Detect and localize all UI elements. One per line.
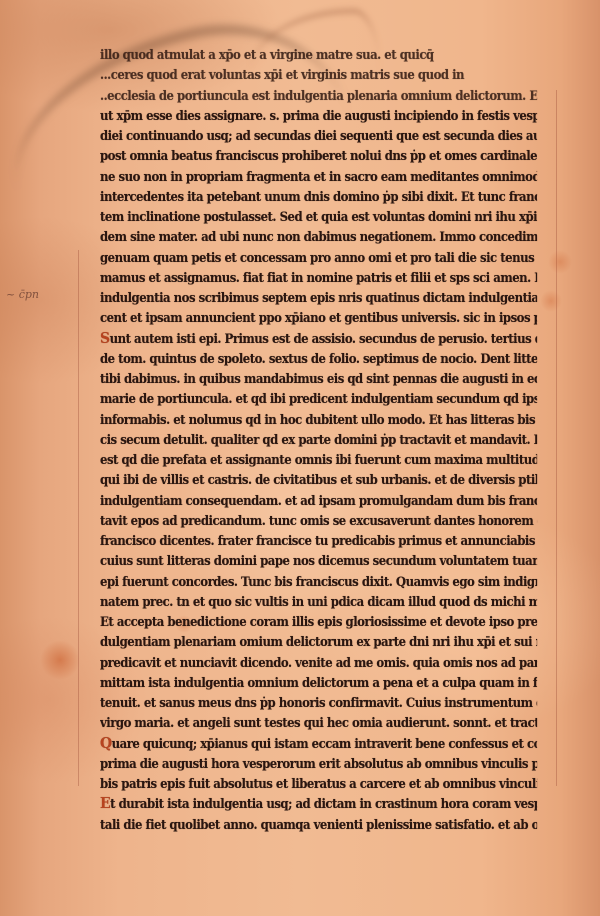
left-ruling-line [78,250,79,786]
line-text: intercedentes ita petebant unum dnis dom… [100,189,537,204]
text-line: post omnia beatus franciscus prohiberet … [100,145,537,165]
manuscript-page: ~ c̄pn illo quod atmulat a xp̄o et a vir… [0,0,600,916]
manuscript-text-column: illo quod atmulat a xp̄o et a virgine ma… [100,44,570,834]
line-text: indulgentia nos scribimus septem epis nr… [100,290,537,305]
rubricated-initial: Q [100,734,112,752]
line-text: francisco dicentes. frater francisce tu … [100,533,537,548]
line-text: informabis. et nolumus qd in hoc dubiten… [100,412,537,427]
marginal-annotation: ~ c̄pn [6,288,39,301]
line-text: Et accepta benedictione coram illis epis… [100,614,537,629]
line-text: tenuit. et sanus meus dns ṗp honoris con… [100,695,537,710]
text-line: indulgentiam consequendam. et ad ipsam p… [100,490,537,510]
line-text: marie de portiuncula. et qd ibi predicen… [100,391,537,406]
line-text: de tom. quintus de spoleto. sextus de fo… [100,351,537,366]
line-text: virgo maria. et angeli sunt testes qui h… [100,715,537,730]
line-text: tem inclinatione postulasset. Sed et qui… [100,209,537,224]
line-text: dulgentiam plenariam omium delictorum ex… [100,634,537,649]
line-text: natem prec. tn et quo sic vultis in uni … [100,594,537,609]
text-line: illo quod atmulat a xp̄o et a virgine ma… [100,44,537,64]
text-line: intercedentes ita petebant unum dnis dom… [100,186,537,206]
text-line: predicavit et nunciavit dicendo. venite … [100,652,537,672]
line-text: diei continuando usq; ad secundas diei s… [100,128,537,143]
text-line: diei continuando usq; ad secundas diei s… [100,125,537,145]
text-line: epi fuerunt concordes. Tunc bis francisc… [100,571,537,591]
line-text: tibi dabimus. in quibus mandabimus eis q… [100,371,537,386]
line-text: illo quod atmulat a xp̄o et a virgine ma… [100,47,434,62]
text-line: francisco dicentes. frater francisce tu … [100,530,537,550]
rubricated-initial: S [100,329,110,347]
text-line: qui ibi de villis et castris. de civitat… [100,469,537,489]
line-text: unt autem isti epi. Primus est de assisi… [110,331,538,346]
text-line: tavit epos ad predicandum. tunc omis se … [100,510,537,530]
text-line: tenuit. et sanus meus dns ṗp honoris con… [100,692,537,712]
text-line: Et accepta benedictione coram illis epis… [100,611,537,631]
text-line: tem inclinatione postulasset. Sed et qui… [100,206,537,226]
text-line: informabis. et nolumus qd in hoc dubiten… [100,409,537,429]
text-line: marie de portiuncula. et qd ibi predicen… [100,388,537,408]
line-text: tali die fiet quolibet anno. quamqa veni… [100,817,537,832]
line-text: cuius sunt litteras domini pape nos dice… [100,553,537,568]
line-text: post omnia beatus franciscus prohiberet … [100,148,537,163]
line-text: dem sine mater. ad ubi nunc non dabimus … [100,229,537,244]
text-line: dulgentiam plenariam omium delictorum ex… [100,631,537,651]
line-text: mamus et assignamus. fiat fiat in nomine… [100,270,537,285]
line-text: cis secum detulit. qualiter qd ex parte … [100,432,537,447]
line-text: bis patris epis fuit absolutus et libera… [100,776,537,791]
line-text: qui ibi de villis et castris. de civitat… [100,472,537,487]
text-line: bis patris epis fuit absolutus et libera… [100,773,537,793]
text-line: Sunt autem isti epi. Primus est de assis… [100,328,537,348]
text-line: indulgentia nos scribimus septem epis nr… [100,287,537,307]
line-text: cent et ipsam annuncient ppo xp̄iano et … [100,310,537,325]
line-text: ne suo non in propriam fragmenta et in s… [100,169,537,184]
line-text: mittam ista indulgentia omnium delictoru… [100,675,537,690]
line-text: indulgentiam consequendam. et ad ipsam p… [100,493,537,508]
line-text: tavit epos ad predicandum. tunc omis se … [100,513,537,528]
text-line: ..ecclesia de portiuncula est indulgenti… [100,85,537,105]
text-line: tali die fiet quolibet anno. quamqa veni… [100,814,537,834]
text-line: cuius sunt litteras domini pape nos dice… [100,550,537,570]
text-line: ...ceres quod erat voluntas xp̄i et virg… [100,64,537,84]
text-line: genuam quam petis et concessam pro anno … [100,247,537,267]
line-text: epi fuerunt concordes. Tunc bis francisc… [100,574,537,589]
text-line: cent et ipsam annuncient ppo xp̄iano et … [100,307,537,327]
text-line: mamus et assignamus. fiat fiat in nomine… [100,267,537,287]
line-text: prima die augusti hora vesperorum erit a… [100,756,537,771]
text-line: prima die augusti hora vesperorum erit a… [100,753,537,773]
line-text: uare quicunq; xp̄ianus qui istam eccam i… [112,736,537,751]
line-text: predicavit et nunciavit dicendo. venite … [100,655,537,670]
foxing-spot [40,640,80,680]
text-line: dem sine mater. ad ubi nunc non dabimus … [100,226,537,246]
text-line: est qd die prefata et assignante omnis i… [100,449,537,469]
text-line: ut xp̄m esse dies assignare. s. prima di… [100,105,537,125]
rubricated-initial: E [100,794,110,812]
text-line: natem prec. tn et quo sic vultis in uni … [100,591,537,611]
text-line: tibi dabimus. in quibus mandabimus eis q… [100,368,537,388]
line-text: est qd die prefata et assignante omnis i… [100,452,537,467]
text-line: Quare quicunq; xp̄ianus qui istam eccam … [100,733,537,753]
text-line: de tom. quintus de spoleto. sextus de fo… [100,348,537,368]
text-line: mittam ista indulgentia omnium delictoru… [100,672,537,692]
text-line: cis secum detulit. qualiter qd ex parte … [100,429,537,449]
line-text: ..ecclesia de portiuncula est indulgenti… [100,88,537,103]
line-text: ...ceres quod erat voluntas xp̄i et virg… [100,67,464,82]
text-line: ne suo non in propriam fragmenta et in s… [100,166,537,186]
text-line: Et durabit ista indulgentia usq; ad dict… [100,793,537,813]
line-text: t durabit ista indulgentia usq; ad dicta… [110,796,537,811]
line-text: ut xp̄m esse dies assignare. s. prima di… [100,108,537,123]
text-line: virgo maria. et angeli sunt testes qui h… [100,712,537,732]
line-text: genuam quam petis et concessam pro anno … [100,250,537,265]
